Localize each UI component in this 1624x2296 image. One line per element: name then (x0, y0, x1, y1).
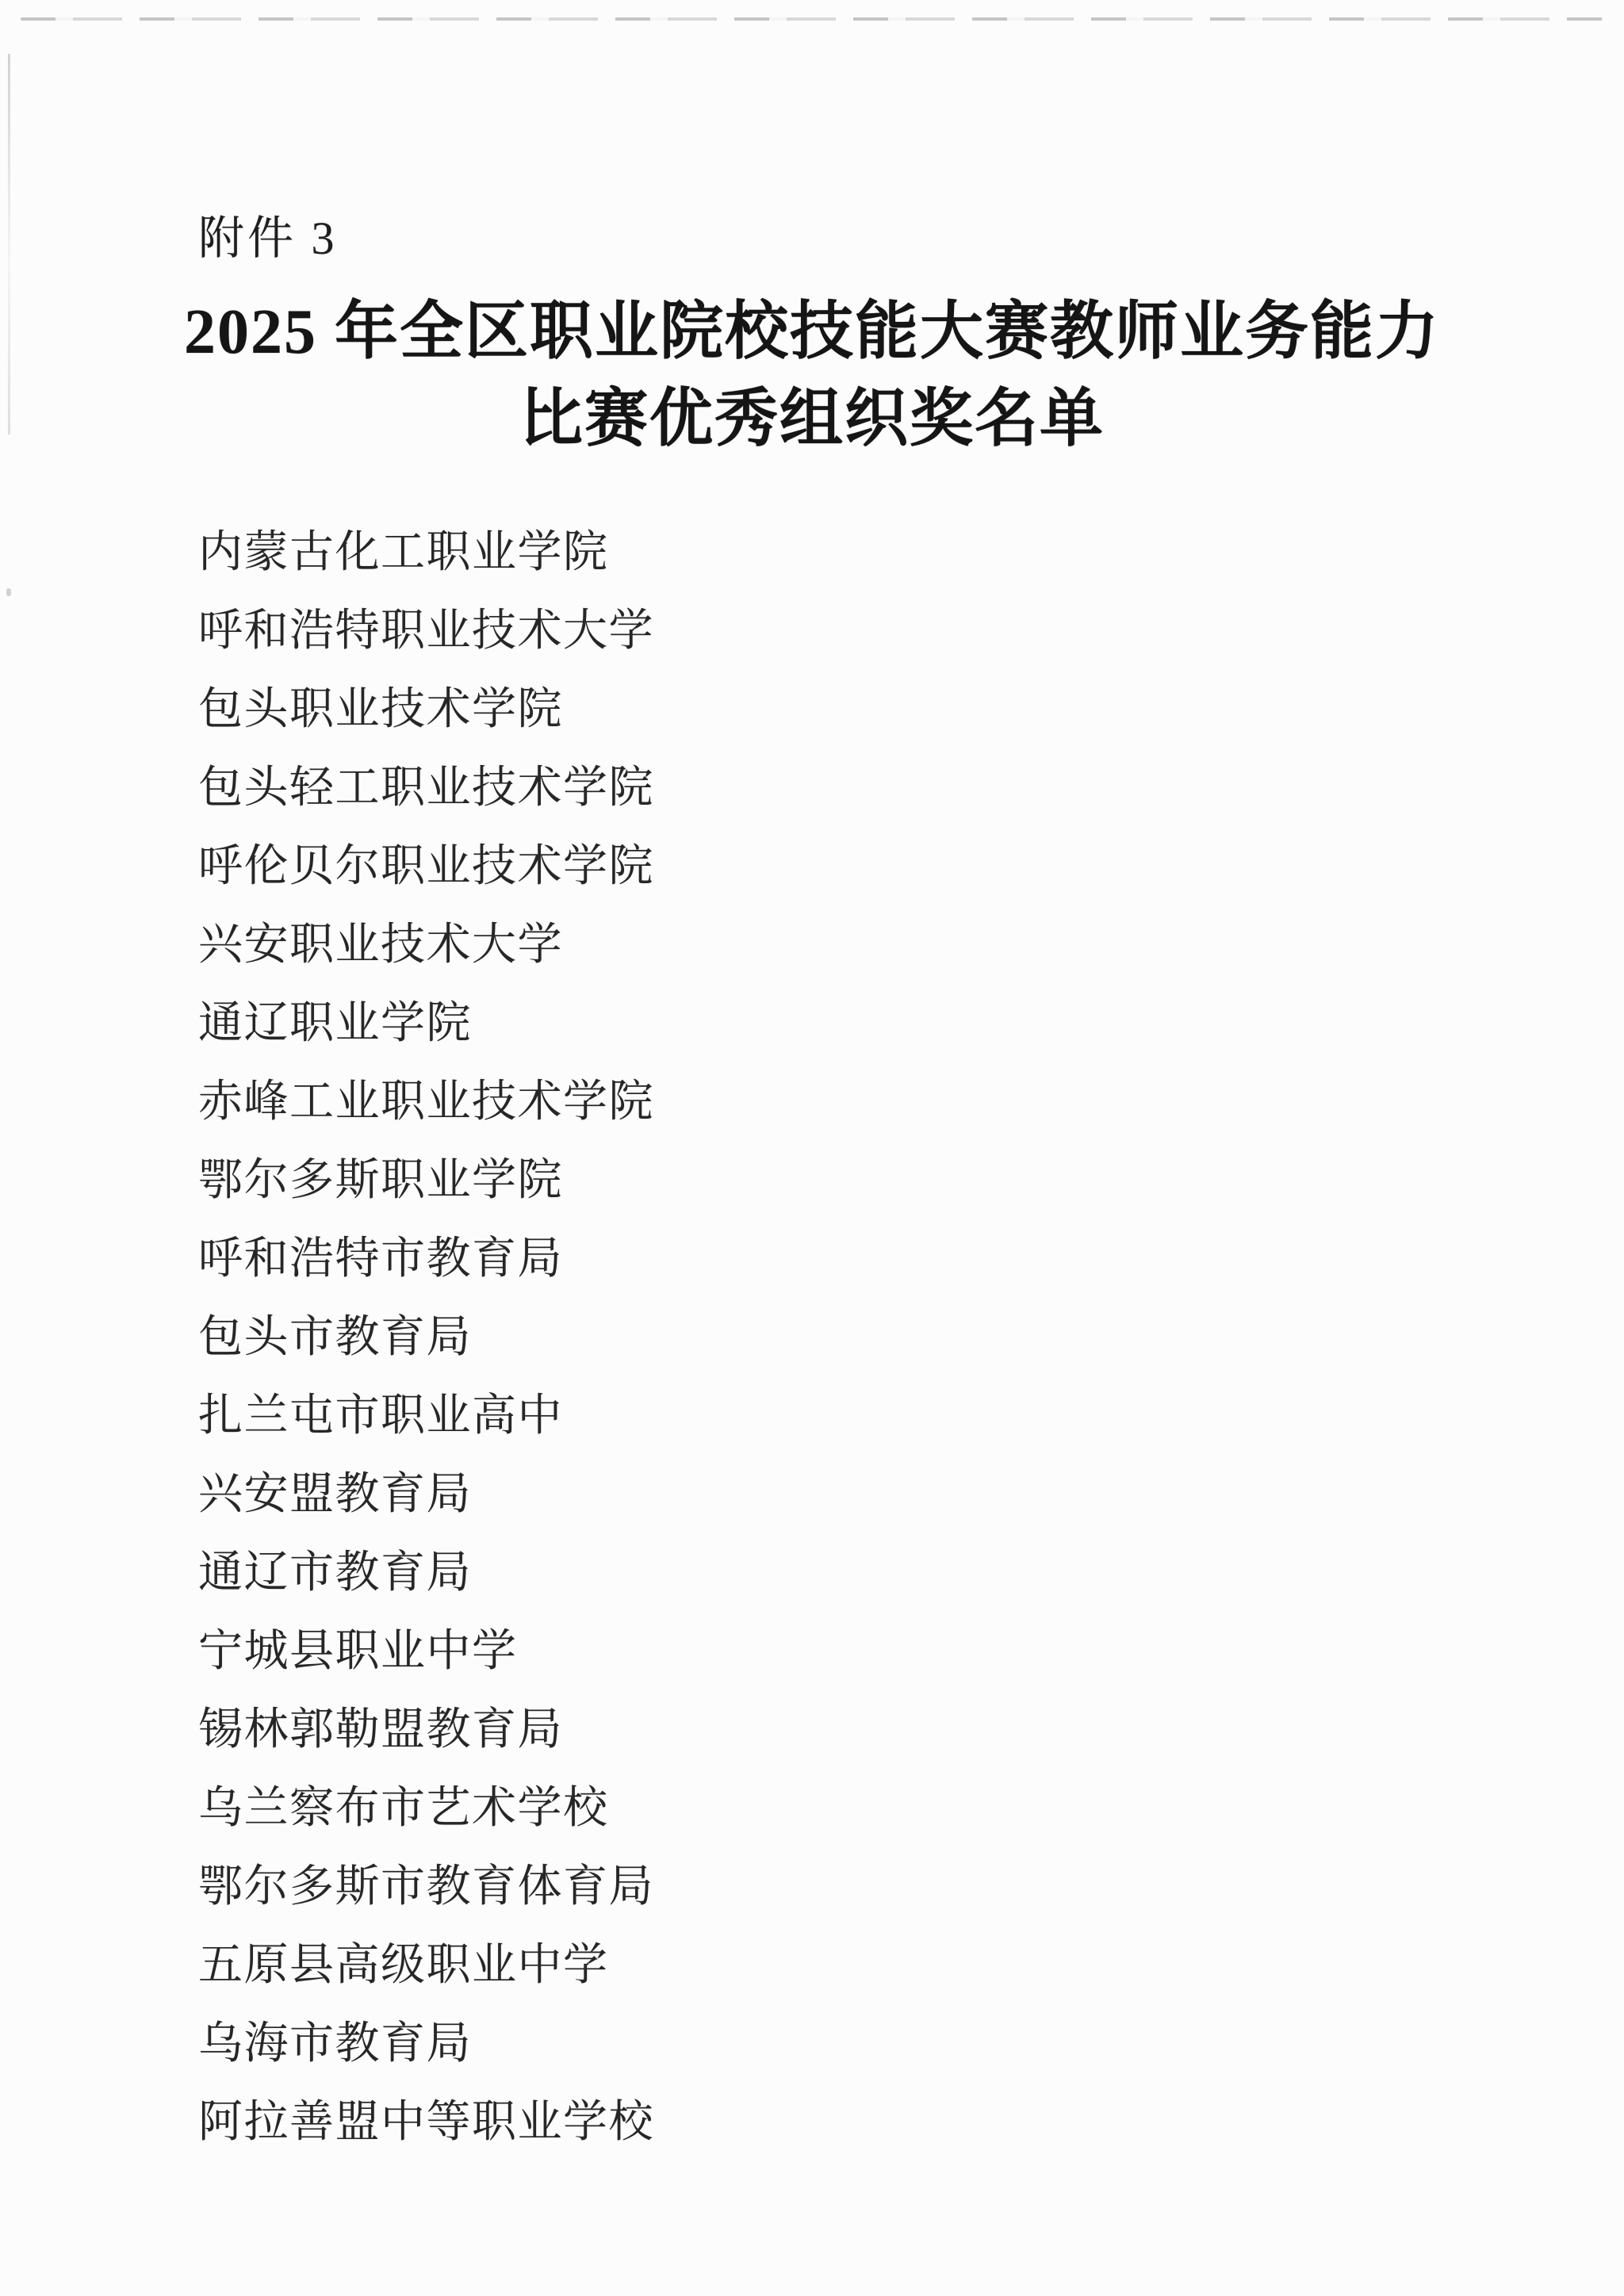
award-list-item: 内蒙古化工职业学院 (198, 514, 1624, 592)
award-list-item: 宁城县职业中学 (198, 1613, 1624, 1691)
scanned-document-page: 附件 3 2025 年全区职业院校技能大赛教师业务能力 比赛优秀组织奖名单 内蒙… (0, 0, 1624, 2296)
award-list-item: 扎兰屯市职业高中 (198, 1377, 1624, 1456)
award-list-item: 赤峰工业职业技术学院 (198, 1063, 1624, 1142)
award-list-item: 呼和浩特市教育局 (198, 1220, 1624, 1299)
award-list-item: 包头市教育局 (198, 1299, 1624, 1377)
document-title: 2025 年全区职业院校技能大赛教师业务能力 比赛优秀组织奖名单 (0, 289, 1624, 463)
award-list-item: 五原县高级职业中学 (198, 1927, 1624, 2005)
award-list-item: 通辽市教育局 (198, 1534, 1624, 1613)
document-title-line-1: 2025 年全区职业院校技能大赛教师业务能力 (0, 289, 1624, 376)
award-list-item: 乌兰察布市艺术学校 (198, 1770, 1624, 1848)
award-list-item: 包头职业技术学院 (198, 671, 1624, 749)
award-list-item: 兴安职业技术大学 (198, 906, 1624, 985)
award-list-item: 包头轻工职业技术学院 (198, 749, 1624, 828)
document-title-line-2: 比赛优秀组织奖名单 (0, 376, 1624, 463)
award-list-item: 锡林郭勒盟教育局 (198, 1691, 1624, 1770)
award-list: 内蒙古化工职业学院 呼和浩特职业技术大学 包头职业技术学院 包头轻工职业技术学院… (198, 514, 1624, 2162)
award-list-item: 鄂尔多斯市教育体育局 (198, 1848, 1624, 1927)
award-list-item: 兴安盟教育局 (198, 1456, 1624, 1534)
award-list-item: 乌海市教育局 (198, 2005, 1624, 2084)
award-list-item: 阿拉善盟中等职业学校 (198, 2084, 1624, 2162)
award-list-item: 鄂尔多斯职业学院 (198, 1142, 1624, 1220)
attachment-label: 附件 3 (198, 212, 1624, 265)
award-list-item: 呼伦贝尔职业技术学院 (198, 828, 1624, 906)
award-list-item: 呼和浩特职业技术大学 (198, 592, 1624, 671)
award-list-item: 通辽职业学院 (198, 985, 1624, 1063)
document-content: 附件 3 2025 年全区职业院校技能大赛教师业务能力 比赛优秀组织奖名单 内蒙… (0, 0, 1624, 2296)
